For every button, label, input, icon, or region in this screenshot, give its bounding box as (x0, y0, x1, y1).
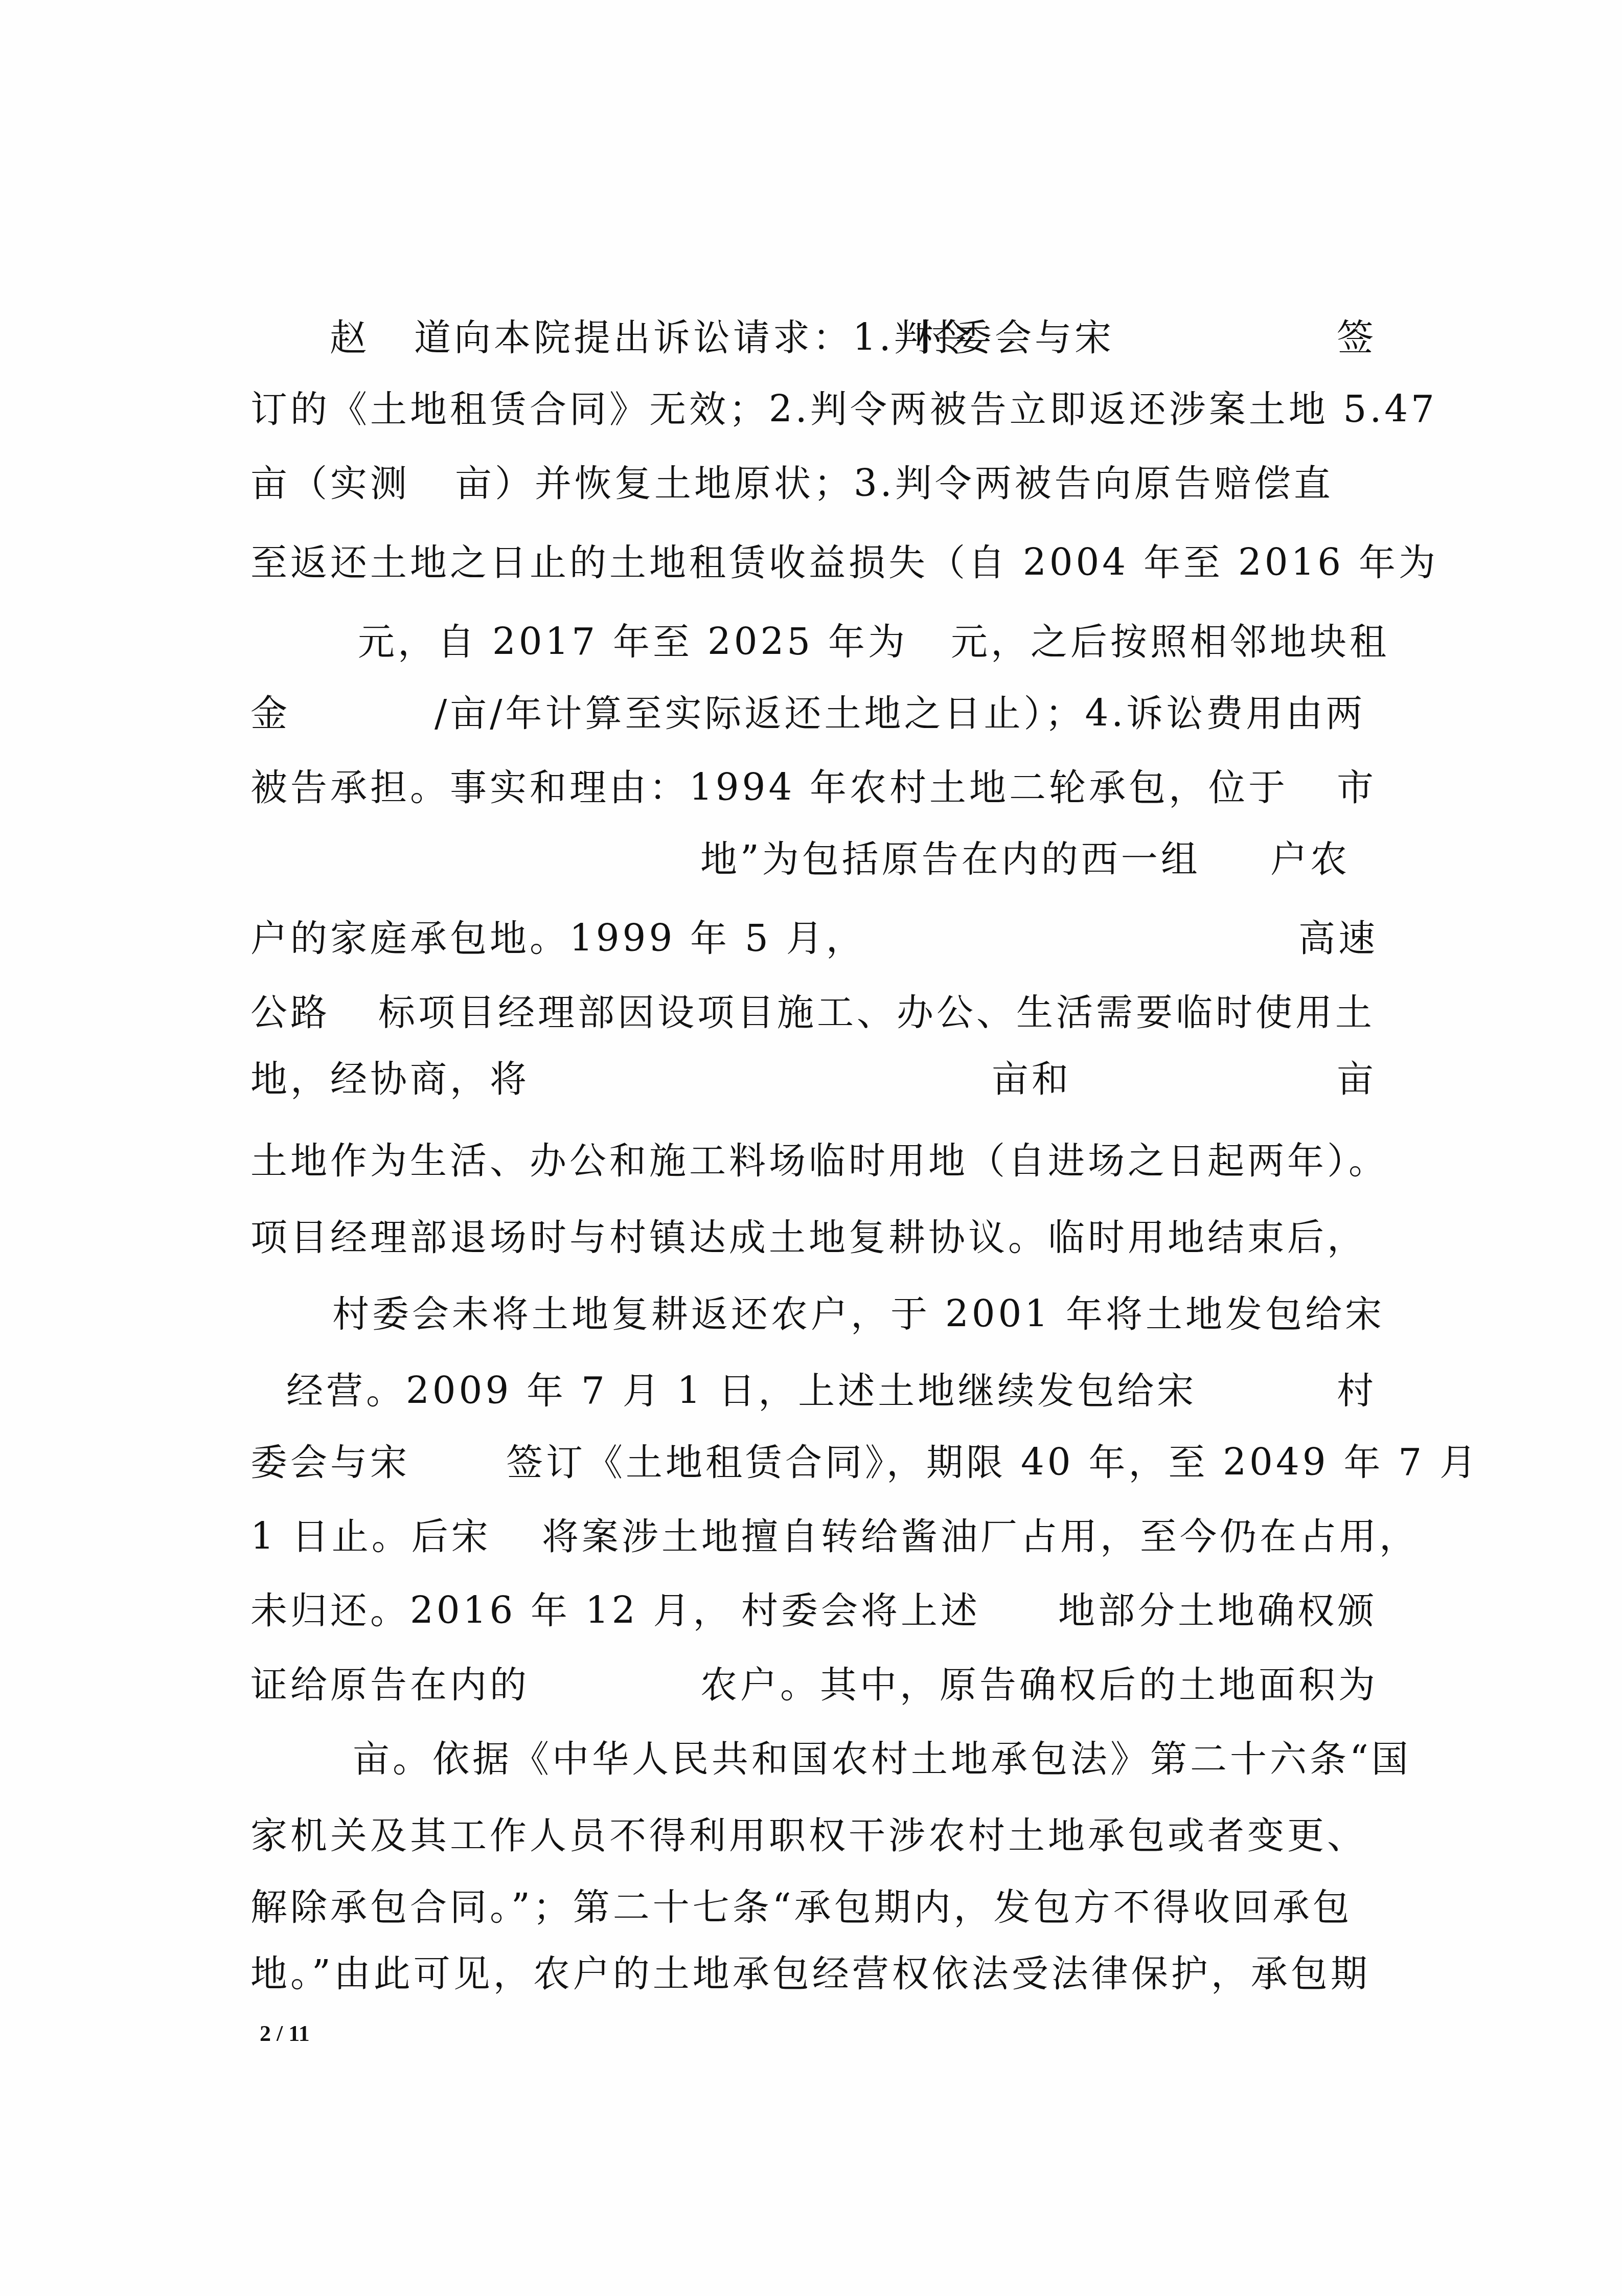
text-line: 土地作为生活、办公和施工料场临时用地（自进场之日起两年）。 (250, 1138, 1375, 1184)
text-segment: 村委会未将土地复耕返还农户，于 2001 年将土地发包给宋 (332, 1291, 1385, 1337)
text-segment: 市 (1337, 764, 1377, 810)
text-segment: /亩/年计算至实际返还土地之日止）；4.诉讼费用由两 (435, 690, 1365, 736)
text-segment: 道向本院提出诉讼请求：1.判令 (414, 314, 974, 360)
text-segment: 地”为包括原告在内的西一组 (700, 836, 1201, 882)
text-segment: 元，自 2017 年至 2025 年为 (358, 619, 908, 665)
text-segment: 解除承包合同。”；第二十七条“承包期内，发包方不得收回承包 (250, 1884, 1353, 1930)
text-segment: 金 (250, 690, 290, 736)
text-line: 地。”由此可见，农户的土地承包经营权依法受法律保护，承包期 (250, 1950, 1375, 1996)
text-line: 金/亩/年计算至实际返还土地之日止）；4.诉讼费用由两 (250, 690, 1375, 736)
text-segment: 地。”由此可见，农户的土地承包经营权依法受法律保护，承包期 (250, 1950, 1370, 1996)
text-segment: 户农 (1270, 836, 1350, 882)
text-segment: 委会与宋 (250, 1439, 410, 1485)
text-line: 项目经理部退场时与村镇达成土地复耕协议。临时用地结束后， (250, 1214, 1375, 1260)
text-segment: 将案涉土地擅自转给酱油厂占用，至今仍在占用， (542, 1513, 1419, 1559)
text-segment: 公路 (250, 989, 330, 1035)
text-segment: 地，经协商，将 (250, 1056, 530, 1102)
page-number: 2 / 11 (260, 2020, 310, 2047)
text-segment: 土地作为生活、办公和施工料场临时用地（自进场之日起两年）。 (250, 1138, 1388, 1184)
document-page: 赵道向本院提出诉讼请求：1.判令村委会与宋签订的《土地租赁合同》无效；2.判令两… (0, 0, 1622, 2296)
text-segment: 订的《土地租赁合同》无效；2.判令两被告立即返还涉案土地 5.47 (250, 386, 1437, 432)
text-line: 家机关及其工作人员不得利用职权干涉农村土地承包或者变更、 (250, 1812, 1375, 1858)
text-line: 证给原告在内的农户。其中，原告确权后的土地面积为 (250, 1662, 1375, 1708)
text-segment: 村委会与宋 (915, 314, 1114, 360)
text-segment: 签 (1337, 314, 1377, 360)
text-line: 未归还。2016 年 12 月，村委会将上述地部分土地确权颁 (250, 1587, 1375, 1633)
text-segment: 高速 (1298, 915, 1378, 961)
text-segment: 元，之后按照相邻地块租 (951, 619, 1389, 665)
text-line: 元，自 2017 年至 2025 年为元，之后按照相邻地块租 (250, 619, 1375, 665)
text-segment: 1 日止。后宋 (250, 1513, 491, 1559)
text-segment: 经营。2009 年 7 月 1 日，上述土地继续发包给宋 (286, 1368, 1197, 1414)
text-segment: 村委会将上述 (741, 1587, 980, 1633)
text-segment: 亩）并恢复土地原状；3.判令两被告向原告赔偿直 (455, 460, 1334, 506)
text-segment: 赵 (330, 314, 370, 360)
text-line: 地”为包括原告在内的西一组户农 (250, 836, 1375, 882)
text-segment: 农户。其中，原告确权后的土地面积为 (700, 1662, 1378, 1708)
text-line: 亩（实测亩）并恢复土地原状；3.判令两被告向原告赔偿直 (250, 460, 1375, 506)
text-line: 至返还土地之日止的土地租赁收益损失（自 2004 年至 2016 年为 (250, 539, 1375, 585)
text-segment: 项目经理部退场时与村镇达成土地复耕协议。临时用地结束后， (250, 1214, 1367, 1260)
text-line: 1 日止。后宋将案涉土地擅自转给酱油厂占用，至今仍在占用， (250, 1513, 1375, 1559)
text-segment: 被告承担。事实和理由：1994 年农村土地二轮承包，位于 (250, 764, 1288, 810)
text-segment: 签订《土地租赁合同》，期限 40 年，至 2049 年 7 月 (506, 1439, 1479, 1485)
text-line: 公路标项目经理部因设项目施工、办公、生活需要临时使用土 (250, 989, 1375, 1035)
text-line: 亩。依据《中华人民共和国农村土地承包法》第二十六条“国 (250, 1736, 1375, 1782)
text-segment: 家机关及其工作人员不得利用职权干涉农村土地承包或者变更、 (250, 1812, 1367, 1858)
text-line: 地，经协商，将亩和亩 (250, 1056, 1375, 1102)
text-line: 委会与宋签订《土地租赁合同》，期限 40 年，至 2049 年 7 月 (250, 1439, 1375, 1485)
text-segment: 户的家庭承包地。1999 年 5 月， (250, 915, 866, 961)
text-segment: 亩和 (992, 1056, 1071, 1102)
text-line: 户的家庭承包地。1999 年 5 月，高速 (250, 915, 1375, 961)
text-segment: 未归还。2016 年 12 月， (250, 1587, 733, 1633)
text-segment: 亩（实测 (250, 460, 410, 506)
text-segment: 至返还土地之日止的土地租赁收益损失（自 2004 年至 2016 年为 (250, 539, 1438, 585)
text-line: 经营。2009 年 7 月 1 日，上述土地继续发包给宋村 (250, 1368, 1375, 1414)
text-line: 村委会未将土地复耕返还农户，于 2001 年将土地发包给宋 (250, 1291, 1375, 1337)
text-segment: 地部分土地确权颁 (1058, 1587, 1377, 1633)
text-segment: 标项目经理部因设项目施工、办公、生活需要临时使用土 (378, 989, 1375, 1035)
text-line: 订的《土地租赁合同》无效；2.判令两被告立即返还涉案土地 5.47 (250, 386, 1375, 432)
text-line: 赵道向本院提出诉讼请求：1.判令村委会与宋签 (250, 314, 1375, 360)
text-line: 被告承担。事实和理由：1994 年农村土地二轮承包，位于市 (250, 764, 1375, 810)
text-segment: 证给原告在内的 (250, 1662, 530, 1708)
text-segment: 亩 (1337, 1056, 1377, 1102)
text-segment: 亩。依据《中华人民共和国农村土地承包法》第二十六条“国 (353, 1736, 1411, 1782)
text-segment: 村 (1337, 1368, 1377, 1414)
text-line: 解除承包合同。”；第二十七条“承包期内，发包方不得收回承包 (250, 1884, 1375, 1930)
